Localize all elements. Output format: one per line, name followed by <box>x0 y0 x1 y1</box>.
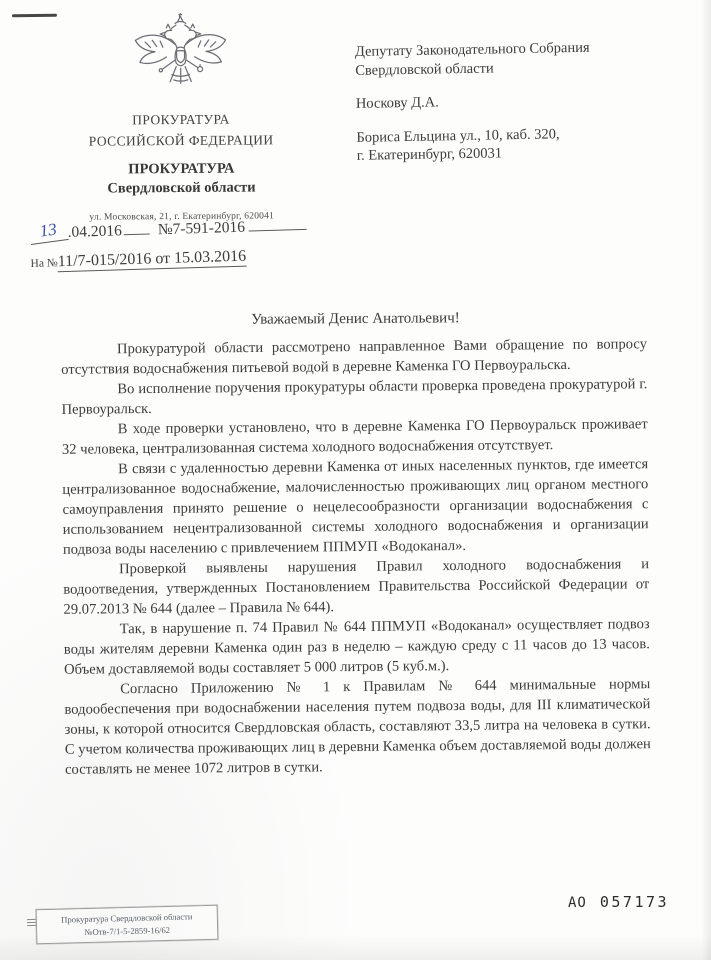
recipient-address-line2: г. Екатеринбург, 620031 <box>357 146 502 165</box>
outgoing-number: №7-591-2016 <box>158 219 246 239</box>
body-paragraph: В связи с удаленностью деревни Каменка о… <box>62 454 649 560</box>
recipient-title-line2: Свердловской области <box>355 60 494 78</box>
body-paragraph: Так, в нарушение п. 74 Правил № 644 ППМУ… <box>64 614 651 680</box>
scanned-letter-page: ПРОКУРАТУРА РОССИЙСКОЙ ФЕДЕРАЦИИ ПРОКУРА… <box>0 0 711 960</box>
form-number: АО057173 <box>568 893 669 911</box>
body-paragraph: Проверкой выявлены нарушения Правил холо… <box>63 554 650 620</box>
recipient-address: Бориса Ельцина ул., 10, каб. 320, г. Ека… <box>356 123 687 166</box>
incoming-reference-line: На №11/7-015/2016 от 15.03.2016 <box>30 244 370 272</box>
letterhead-office-line2: Свердловской области <box>28 177 334 197</box>
reference-date: .04.2016 <box>67 222 122 241</box>
recipient-block: Депутату Законодательного Собрания Сверд… <box>355 37 687 180</box>
stamp-edge-mark <box>27 917 36 928</box>
incoming-label: На № <box>30 257 58 270</box>
form-series: АО <box>568 895 587 911</box>
underline <box>249 215 307 232</box>
body-paragraph: Прокуратурой области рассмотрено направл… <box>61 334 647 380</box>
recipient-title: Депутату Законодательного Собрания Сверд… <box>355 37 686 80</box>
letterhead: ПРОКУРАТУРА РОССИЙСКОЙ ФЕДЕРАЦИИ ПРОКУРА… <box>27 9 334 223</box>
incoming-number: 11/7-015/2016 от 15.03.2016 <box>58 248 247 273</box>
letter-body: Прокуратурой области рассмотрено направл… <box>61 334 651 780</box>
underline <box>124 219 150 235</box>
recipient-title-line1: Депутату Законодательного Собрания <box>355 40 590 60</box>
coat-of-arms-icon <box>127 10 234 103</box>
body-paragraph: Согласно Приложению № 1 к Правилам № 644… <box>64 674 651 780</box>
letterhead-org-line1: ПРОКУРАТУРА <box>28 111 334 129</box>
form-number-digits: 057173 <box>600 893 669 911</box>
reference-block: 13.04.2016№7-591-2016 На №11/7-015/2016 … <box>29 213 370 272</box>
recipient-name: Носкову Д.А. <box>356 89 686 113</box>
body-paragraph: В ходе проверки установлено, что в дерев… <box>62 414 648 460</box>
letterhead-org-line2: РОССИЙСКОЙ ФЕДЕРАЦИИ <box>28 132 334 150</box>
letterhead-office-line1: ПРОКУРАТУРА <box>28 159 334 179</box>
body-paragraph: Во исполнение поручения прокуратуры обла… <box>61 374 647 420</box>
recipient-address-line1: Бориса Ельцина ул., 10, каб. 320, <box>356 126 559 146</box>
handwritten-day: 13 <box>28 218 69 245</box>
registration-stamp: Прокуратура Свердловской области №Отв-7/… <box>36 905 219 944</box>
salutation: Уважаемый Денис Анатольевич! <box>63 309 648 330</box>
